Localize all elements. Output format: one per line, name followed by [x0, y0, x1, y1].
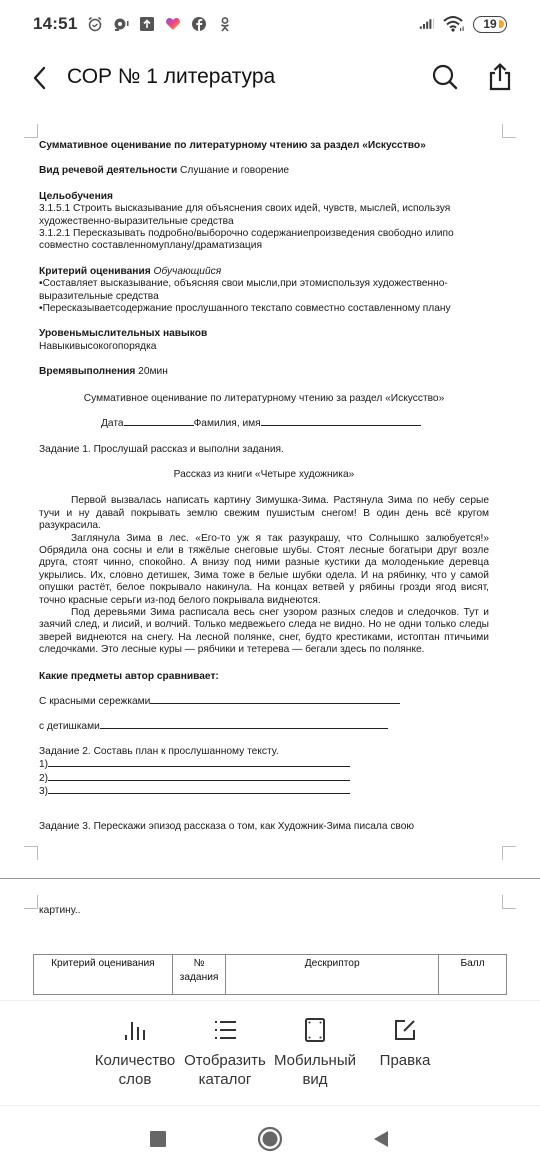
story-paragraph: Первой вызвалась написать картину Зимушк… [39, 495, 489, 532]
compare-line-1: С красными сережками [39, 695, 489, 708]
back-triangle-icon [369, 1126, 395, 1152]
chat-bubble-icon [113, 16, 129, 32]
criteria-subject: Обучающийся [154, 266, 222, 277]
document-viewer[interactable]: Суммативное оценивание по литературному … [0, 104, 540, 1000]
task-2: Задание 2. Составь план к прослушанному … [39, 746, 489, 758]
search-icon [431, 63, 459, 91]
wifi-icon [443, 16, 465, 32]
home-circle-icon [257, 1126, 283, 1152]
recents-square-icon [145, 1126, 171, 1152]
page-corner-mark [502, 124, 516, 138]
goal-item: 3.1.5.1 Строить высказывание для объясне… [39, 203, 489, 228]
page-corner-mark [502, 895, 516, 909]
task-3: Задание 3. Перескажи эпизод рассказа о т… [39, 821, 489, 833]
mobile-view-icon [302, 1017, 328, 1043]
status-bar: 14:51 19 [0, 0, 540, 48]
table-header: Балл [439, 955, 507, 995]
document-title: СОР № 1 литература [67, 65, 275, 89]
system-icons: 19 [419, 16, 507, 33]
plan-item: 3) [39, 785, 489, 798]
status-time: 14:51 [33, 14, 77, 34]
date-name-line: ДатаФамилия, имя [39, 417, 489, 430]
name-blank[interactable] [261, 417, 421, 426]
tool-label: Правка [380, 1051, 431, 1070]
plan-blank[interactable] [48, 772, 350, 781]
goal-label: Цельобучения [39, 191, 489, 203]
search-button[interactable] [431, 63, 459, 91]
doc-heading: Суммативное оценивание по литературному … [39, 140, 489, 152]
criteria-line: Критерий оценивания Обучающийся [39, 266, 489, 278]
tool-label: Количество слов [90, 1051, 180, 1089]
tool-label: Мобильный вид [270, 1051, 360, 1089]
battery-level: 19 [483, 17, 496, 31]
word-count-button[interactable]: Количество слов [90, 1001, 180, 1104]
tool-label: Отобразить каталог [180, 1051, 270, 1089]
story-title: Рассказ из книги «Четыре художника» [39, 469, 489, 481]
date-label: Дата [101, 418, 124, 429]
question: Какие предметы автор сравнивает: [39, 671, 489, 683]
back-button[interactable] [28, 64, 52, 92]
home-button[interactable] [257, 1126, 283, 1152]
plan-blank[interactable] [48, 785, 350, 794]
table-header: Критерий оценивания [34, 955, 173, 995]
story-paragraph: Заглянула Зима в лес. «Его-то уж я так р… [39, 533, 489, 607]
system-navigation-bar [0, 1105, 540, 1170]
time-label: Времявыполнения [39, 366, 135, 377]
mobile-view-button[interactable]: Мобильный вид [270, 1001, 360, 1104]
alarm-icon [87, 16, 103, 32]
heart-app-icon [165, 16, 181, 32]
battery-tip [499, 20, 504, 28]
level-label: Уровеньмыслительных навыков [39, 328, 489, 340]
share-button[interactable] [486, 62, 514, 92]
table-header: Дескриптор [226, 955, 439, 995]
recents-button[interactable] [145, 1126, 171, 1152]
activity-label: Вид речевой деятельности [39, 165, 177, 176]
compare-1-blank[interactable] [150, 695, 400, 704]
plan-blank[interactable] [48, 758, 350, 767]
share-icon [486, 62, 514, 92]
page-corner-mark [24, 895, 38, 909]
criteria-label: Критерий оценивания [39, 266, 151, 277]
grading-table: Критерий оценивания № задания Дескриптор… [33, 954, 507, 995]
notification-icons [87, 16, 233, 32]
catalog-list-icon [212, 1017, 238, 1043]
page-corner-mark [24, 124, 38, 138]
edit-button[interactable]: Правка [360, 1001, 450, 1104]
show-catalog-button[interactable]: Отобразить каталог [180, 1001, 270, 1104]
facebook-icon [191, 16, 207, 32]
compare-2-label: с детишками [39, 721, 100, 732]
time-value: 20мин [138, 366, 168, 377]
page-corner-mark [24, 846, 38, 860]
story-paragraph: Под деревьями Зима расписала весь снег у… [39, 607, 489, 657]
edit-icon [392, 1017, 418, 1043]
word-count-icon [122, 1017, 148, 1043]
document-content: Суммативное оценивание по литературному … [39, 140, 489, 834]
upload-icon [139, 16, 155, 32]
date-blank[interactable] [124, 417, 194, 426]
criteria-item: •Пересказываетсодержание прослушанного т… [39, 303, 489, 315]
compare-line-2: с детишками [39, 720, 489, 733]
battery-icon: 19 [473, 16, 507, 33]
signal-icon [419, 16, 435, 32]
plan-number: 2) [39, 773, 48, 784]
odnoklassniki-icon [217, 16, 233, 32]
plan-item: 2) [39, 772, 489, 785]
task-1: Задание 1. Прослушай рассказ и выполни з… [39, 444, 489, 456]
bottom-toolbar: Количество слов Отобразить каталог Мобил… [0, 1000, 540, 1104]
page-corner-mark [502, 846, 516, 860]
activity-line: Вид речевой деятельности Слушание и гово… [39, 165, 489, 177]
compare-1-label: С красными сережками [39, 696, 150, 707]
activity-value: Слушание и говорение [180, 165, 289, 176]
plan-number: 1) [39, 759, 48, 770]
table-header-row: Критерий оценивания № задания Дескриптор… [34, 955, 507, 995]
goal-item: 3.1.2.1 Пересказывать подробно/выборочно… [39, 228, 489, 253]
back-nav-button[interactable] [369, 1126, 395, 1152]
time-line: Времявыполнения 20мин [39, 366, 489, 378]
app-header: СОР № 1 литература [0, 52, 540, 104]
plan-number: 3) [39, 786, 48, 797]
plan-item: 1) [39, 758, 489, 771]
task-3-continued: картину.. [39, 905, 489, 917]
doc-heading-2: Суммативное оценивание по литературному … [39, 393, 489, 405]
criteria-item: •Составляет высказывание, объясняя свои … [39, 278, 489, 303]
table-header: № задания [172, 955, 225, 995]
level-value: Навыкивысокогопорядка [39, 341, 489, 353]
name-label: Фамилия, имя [194, 418, 261, 429]
compare-2-blank[interactable] [100, 720, 388, 729]
page-separator [0, 878, 540, 879]
